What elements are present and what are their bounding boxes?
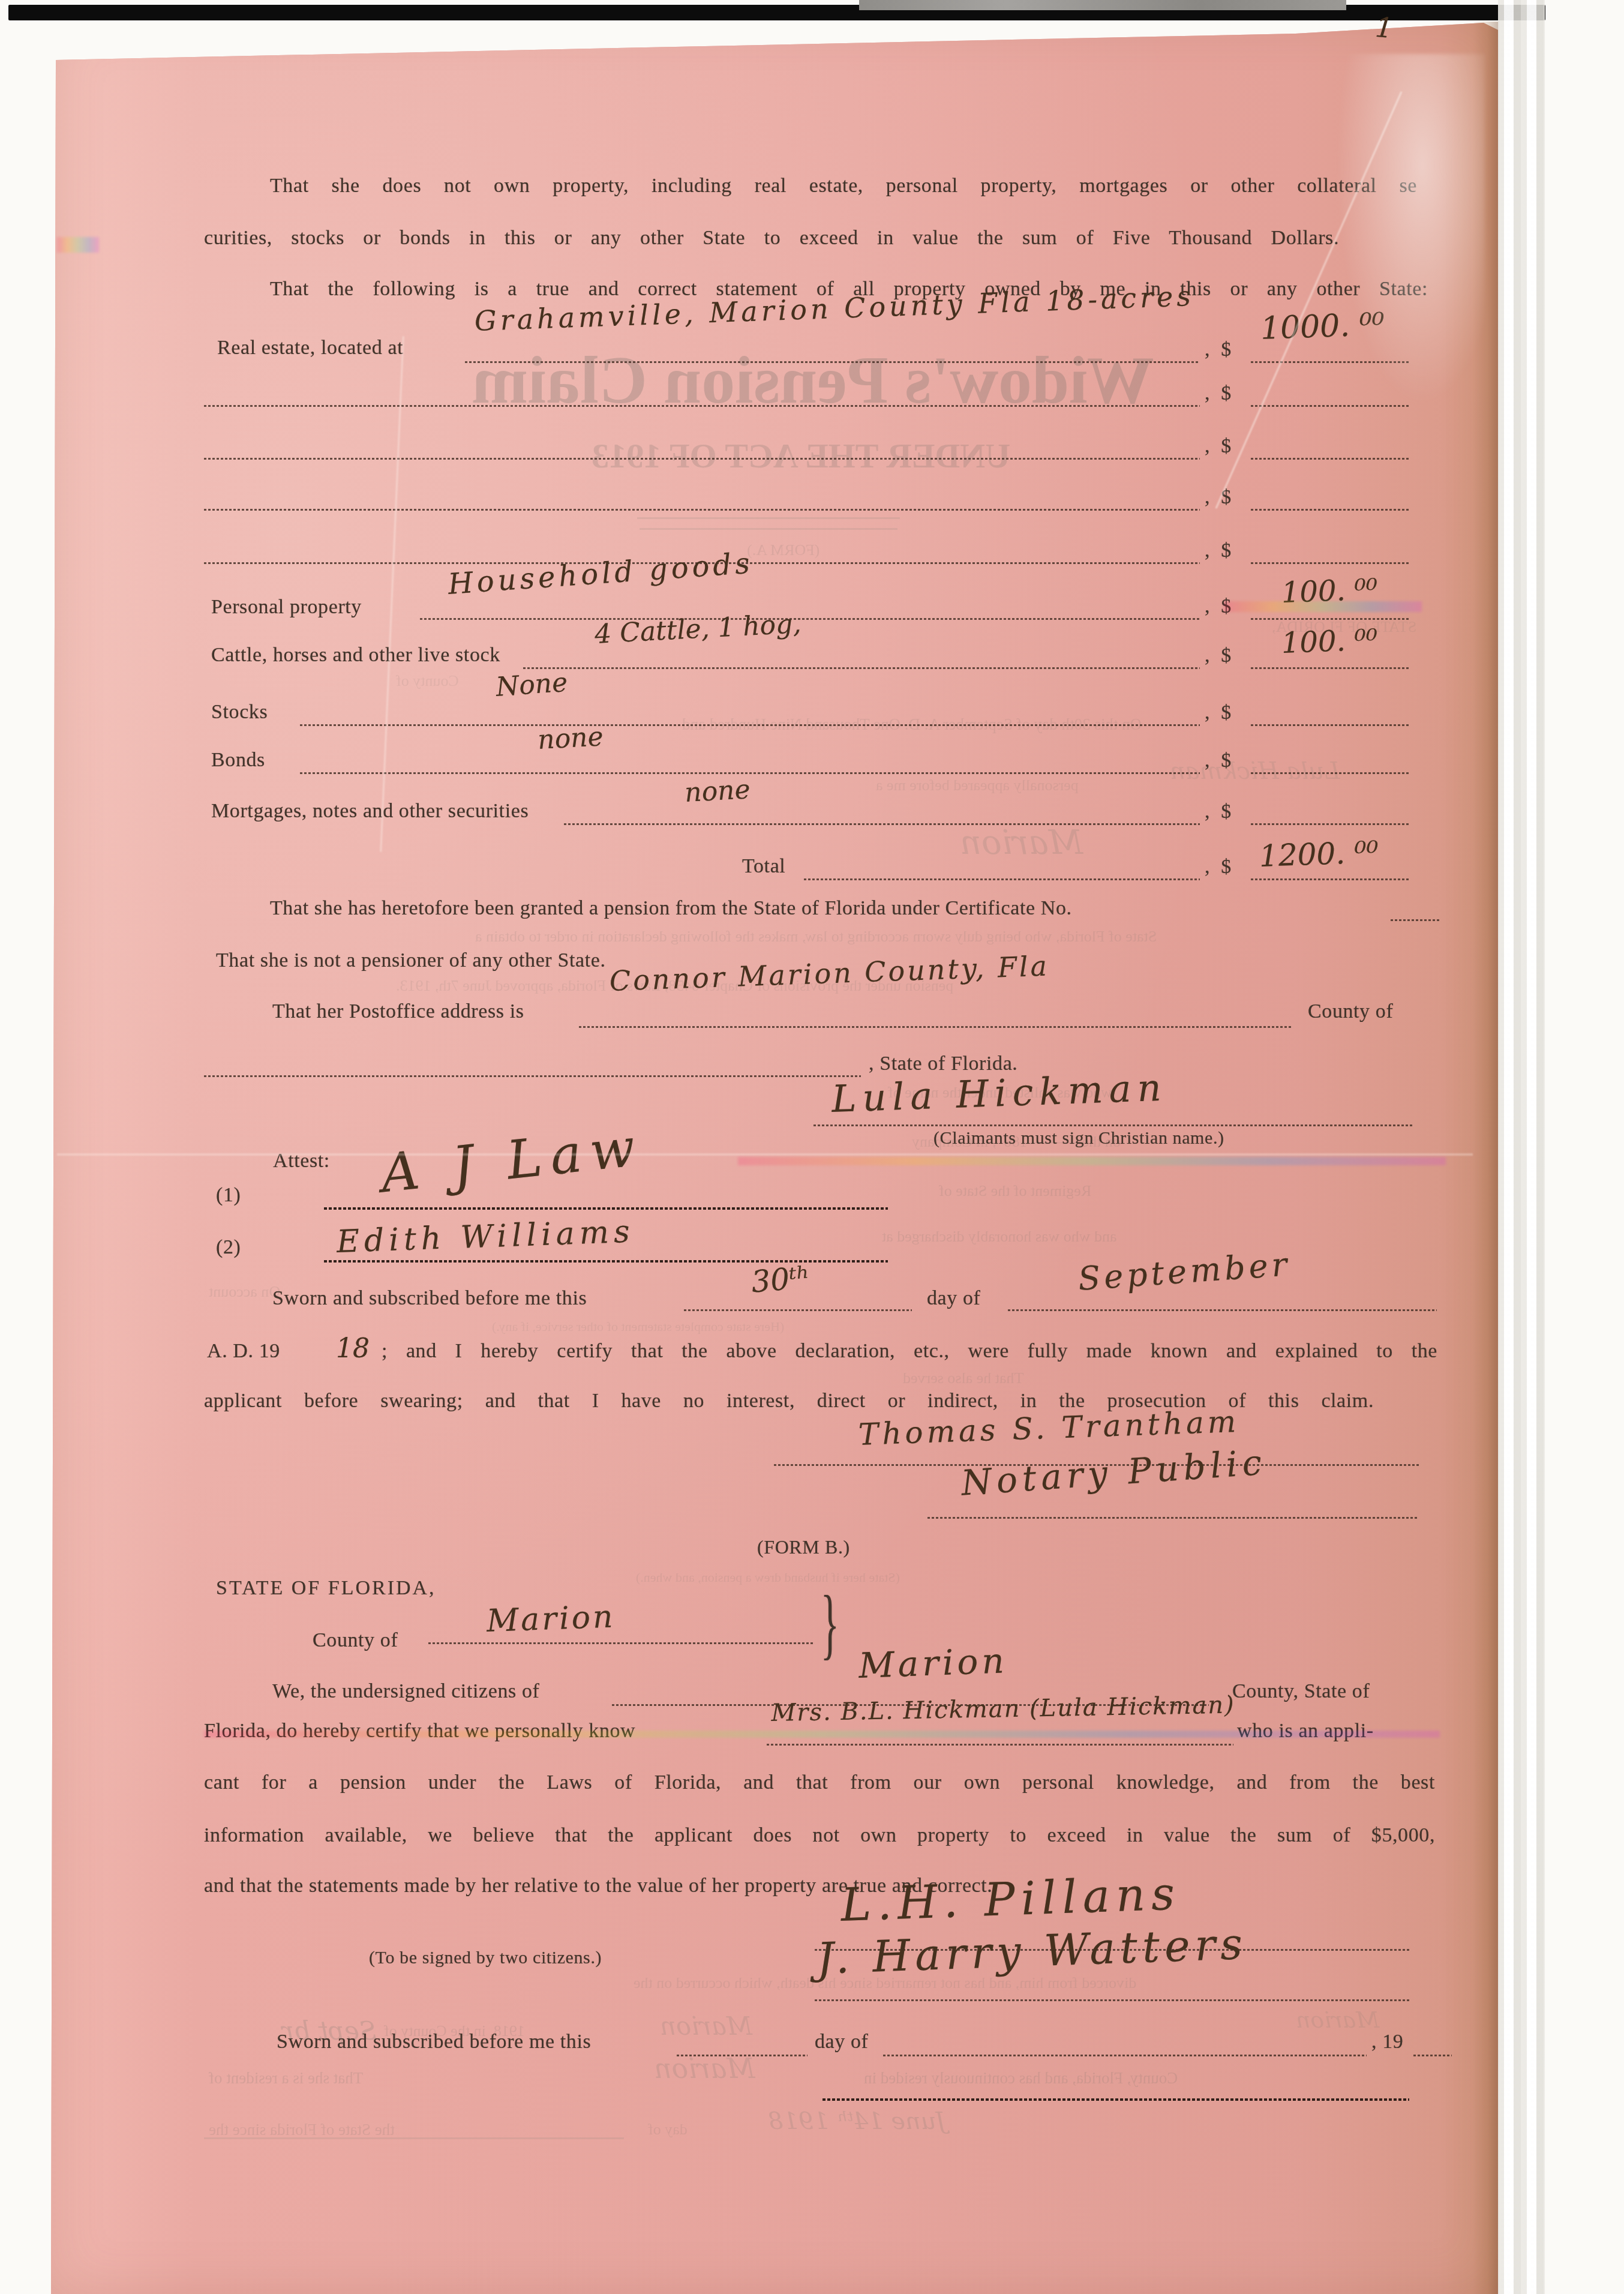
bonds-entry: none [537,721,604,755]
crease [57,1153,1473,1156]
scanned-document-page: { "document": { "printed": [ {"t":"That … [0,0,1624,2294]
total-value: 1200. ⁰⁰ [1259,835,1379,874]
personal-property-entry: Household goods [447,546,754,601]
page-number-mark: 1 [1374,11,1394,44]
plastic-sleeve-edge [1498,0,1545,2294]
notary-title-handwritten: Notary Public [960,1441,1268,1503]
real-estate-entry: Grahamville, Marion County Fla 18-acres [474,280,1195,337]
county-entry: Marion [486,1599,616,1639]
glare [1329,54,1485,426]
rainbow-glare [57,237,99,253]
known-person-entry: Mrs. B.L. Hickman (Lula Hickman) [771,1692,1235,1727]
attest1-signature: A J Law [378,1115,646,1204]
witness1-signature: L.H. Pillans [840,1866,1181,1932]
mortgages-entry: none [684,774,751,808]
sworn-day-entry: 30ᵗʰ [750,1260,811,1299]
postoffice-entry: Connor Marion County, Fla [609,949,1050,997]
citizens-county-entry: Marion [858,1640,1008,1686]
livestock-value: 100. ⁰⁰ [1281,623,1378,660]
notary-signature: Thomas S. Trantham [858,1404,1240,1452]
stocks-entry: None [495,667,569,703]
sworn-month-entry: September [1077,1245,1292,1298]
rainbow-glare [204,1731,1440,1738]
rainbow-glare [738,1157,1446,1165]
livestock-entry: 4 Cattle, 1 hog, [594,608,802,650]
rainbow-glare [1224,601,1422,612]
attest2-signature: Edith Williams [336,1214,635,1260]
ad-year-entry: 18 [336,1333,370,1364]
claimant-signature: Lula Hickman [831,1065,1168,1120]
